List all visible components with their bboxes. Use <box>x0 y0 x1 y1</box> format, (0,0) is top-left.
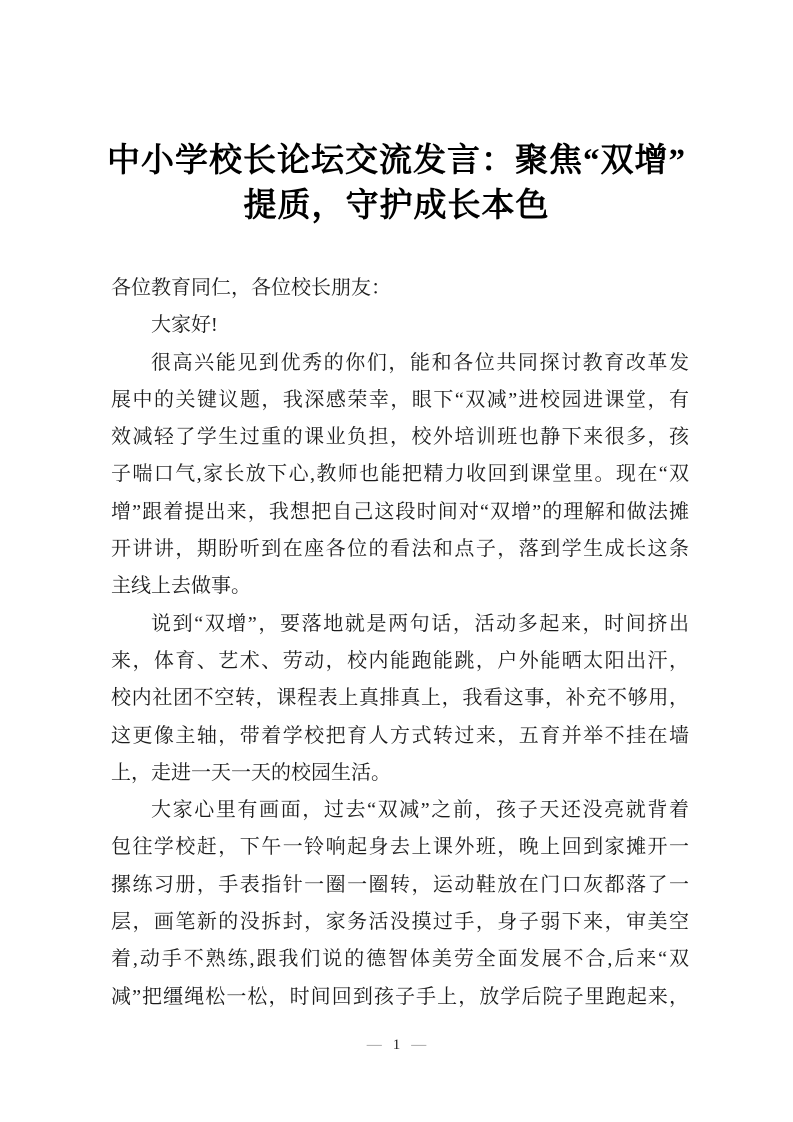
body-line: 大家好! <box>111 307 689 344</box>
footer-left-dash: — <box>367 1037 382 1053</box>
footer-right-dash: — <box>411 1037 426 1053</box>
body-line: 这更像主轴，带着学校把育人方式转过来，五育并举不挂在墙 <box>111 718 689 755</box>
body-line: 子喘口气,家长放下心,教师也能把精力收回到课堂里。现在“双 <box>111 456 689 493</box>
body-line: 各位教育同仁，各位校长朋友： <box>111 270 689 307</box>
body-line: 层，画笔新的没拆封，家务活没摸过手，身子弱下来，审美空 <box>111 904 689 941</box>
body-line: 摞练习册，手表指针一圈一圈转，运动鞋放在门口灰都落了一 <box>111 867 689 904</box>
document-title: 中小学校长论坛交流发言：聚焦“双增” 提质，守护成长本色 <box>100 139 693 229</box>
body-line: 上，走进一天一天的校园生活。 <box>111 755 689 792</box>
body-line: 着,动手不熟练,跟我们说的德智体美劳全面发展不合,后来“双 <box>111 941 689 978</box>
body-line: 展中的关键议题，我深感荣幸，眼下“双减”进校园进课堂，有 <box>111 382 689 419</box>
body-line: 校内社团不空转，课程表上真排真上，我看这事，补充不够用， <box>111 680 689 717</box>
body-line: 增”跟着提出来，我想把自己这段时间对“双增”的理解和做法摊 <box>111 494 689 531</box>
body-line: 很高兴能见到优秀的你们，能和各位共同探讨教育改革发 <box>111 345 689 382</box>
document-title-line-1: 中小学校长论坛交流发言：聚焦“双增” <box>100 139 693 184</box>
body-line: 减”把缰绳松一松，时间回到孩子手上，放学后院子里跑起来， <box>111 979 689 1016</box>
body-line: 效减轻了学生过重的课业负担，校外培训班也静下来很多，孩 <box>111 419 689 456</box>
body-line: 大家心里有画面，过去“双减”之前，孩子天还没亮就背着 <box>111 792 689 829</box>
document-page: 中小学校长论坛交流发言：聚焦“双增” 提质，守护成长本色 各位教育同仁，各位校长… <box>0 0 793 1122</box>
body-line: 包往学校赶，下午一铃响起身去上课外班，晚上回到家摊开一 <box>111 829 689 866</box>
body-block: 各位教育同仁，各位校长朋友：大家好!很高兴能见到优秀的你们，能和各位共同探讨教育… <box>111 270 689 1016</box>
page-footer: —1— <box>0 1035 793 1055</box>
body-line: 主线上去做事。 <box>111 568 689 605</box>
body-line: 来，体育、艺术、劳动，校内能跑能跳，户外能晒太阳出汗， <box>111 643 689 680</box>
body-line: 说到“双增”，要落地就是两句话，活动多起来，时间挤出 <box>111 606 689 643</box>
body-line: 开讲讲，期盼听到在座各位的看法和点子，落到学生成长这条 <box>111 531 689 568</box>
footer-page-number: 1 <box>393 1037 401 1053</box>
document-title-line-2: 提质，守护成长本色 <box>100 184 693 229</box>
